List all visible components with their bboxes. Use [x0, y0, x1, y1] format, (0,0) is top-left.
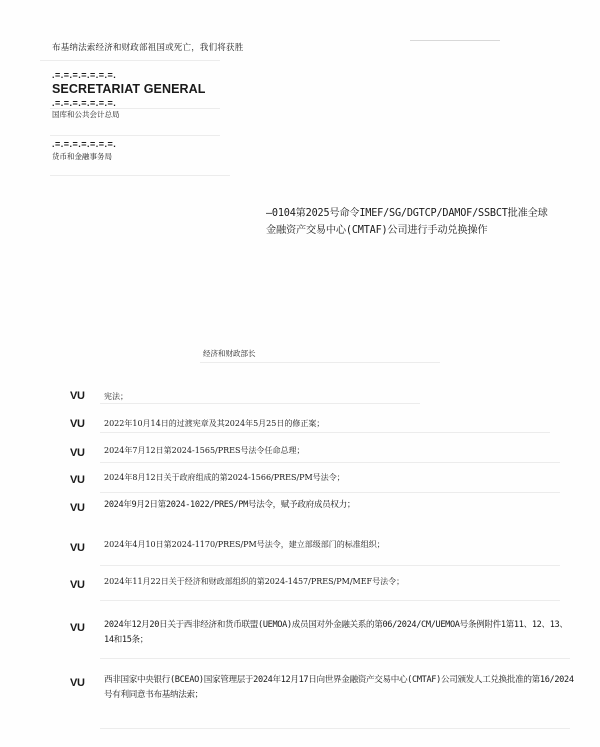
- consideration-text: 2024年9月2日第2024-1022/PRES/PM号法令，赋予政府成员权力；: [104, 498, 574, 513]
- department-monetary: 货币和金融事务局: [52, 151, 112, 162]
- scan-artifact: [100, 462, 560, 463]
- consideration-text: 西非国家中央银行(BCEAO)国家管理层于2024年12月17日向世界金融资产交…: [104, 673, 574, 703]
- consideration-text: 2024年4月10日第2024-1170/PRES/PM号法令，建立部级部门的标…: [104, 538, 385, 552]
- vu-mark: VU: [70, 542, 85, 554]
- separator: .=.=.=.=.=.=.=.: [52, 99, 116, 107]
- consideration-text: 2024年11月22日关于经济和财政部组织的第2024-1457/PRES/PM…: [104, 575, 404, 589]
- scan-artifact: [100, 600, 560, 601]
- separator: .=.=.=.=.=.=.=.: [52, 71, 116, 79]
- scan-artifact: [410, 40, 500, 41]
- scan-artifact: [100, 658, 570, 659]
- ministry-motto: 布基纳法索经济和财政部祖国或死亡，我们将获胜: [52, 41, 243, 53]
- scan-artifact: [50, 135, 220, 136]
- scan-artifact: [40, 60, 220, 61]
- scan-artifact: [100, 565, 560, 566]
- vu-mark: VU: [70, 390, 85, 402]
- separator: .=.=.=.=.=.=.=.: [52, 140, 116, 148]
- vu-mark: VU: [70, 502, 85, 514]
- scan-artifact: [100, 492, 560, 493]
- vu-mark: VU: [70, 418, 85, 430]
- office-title: SECRETARIAT GENERAL: [52, 82, 206, 96]
- vu-mark: VU: [70, 622, 85, 634]
- scan-artifact: [100, 728, 570, 729]
- scan-artifact: [100, 432, 550, 433]
- consideration-text: 2024年7月12日第2024-1565/PRES号法令任命总理；: [104, 444, 304, 458]
- consideration-text: 2024年8月12日关于政府组成的第2024-1566/PRES/PM号法令；: [104, 471, 345, 485]
- vu-mark: VU: [70, 579, 85, 591]
- consideration-text: 2024年12月20日关于西非经济和货币联盟(UEMOA)成员国对外金融关系的第…: [104, 618, 574, 648]
- vu-mark: VU: [70, 474, 85, 486]
- scan-artifact: [100, 403, 420, 404]
- consideration-text: 2022年10月14日的过渡宪章及其2024年5月25日的修正案；: [104, 417, 324, 431]
- scan-artifact: [200, 362, 440, 363]
- document-page: 布基纳法索经济和财政部祖国或死亡，我们将获胜 .=.=.=.=.=.=.=. S…: [0, 0, 600, 747]
- consideration-text: 宪法；: [104, 390, 128, 404]
- authority-label: 经济和财政部长: [203, 348, 256, 359]
- decree-title: —0104第2025号命令IMEF/SG/DGTCP/DAMOF/SSBCT批准…: [266, 205, 556, 239]
- department-treasury: 国库和公共会计总局: [52, 109, 120, 120]
- scan-artifact: [50, 175, 230, 176]
- vu-mark: VU: [70, 677, 85, 689]
- vu-mark: VU: [70, 447, 85, 459]
